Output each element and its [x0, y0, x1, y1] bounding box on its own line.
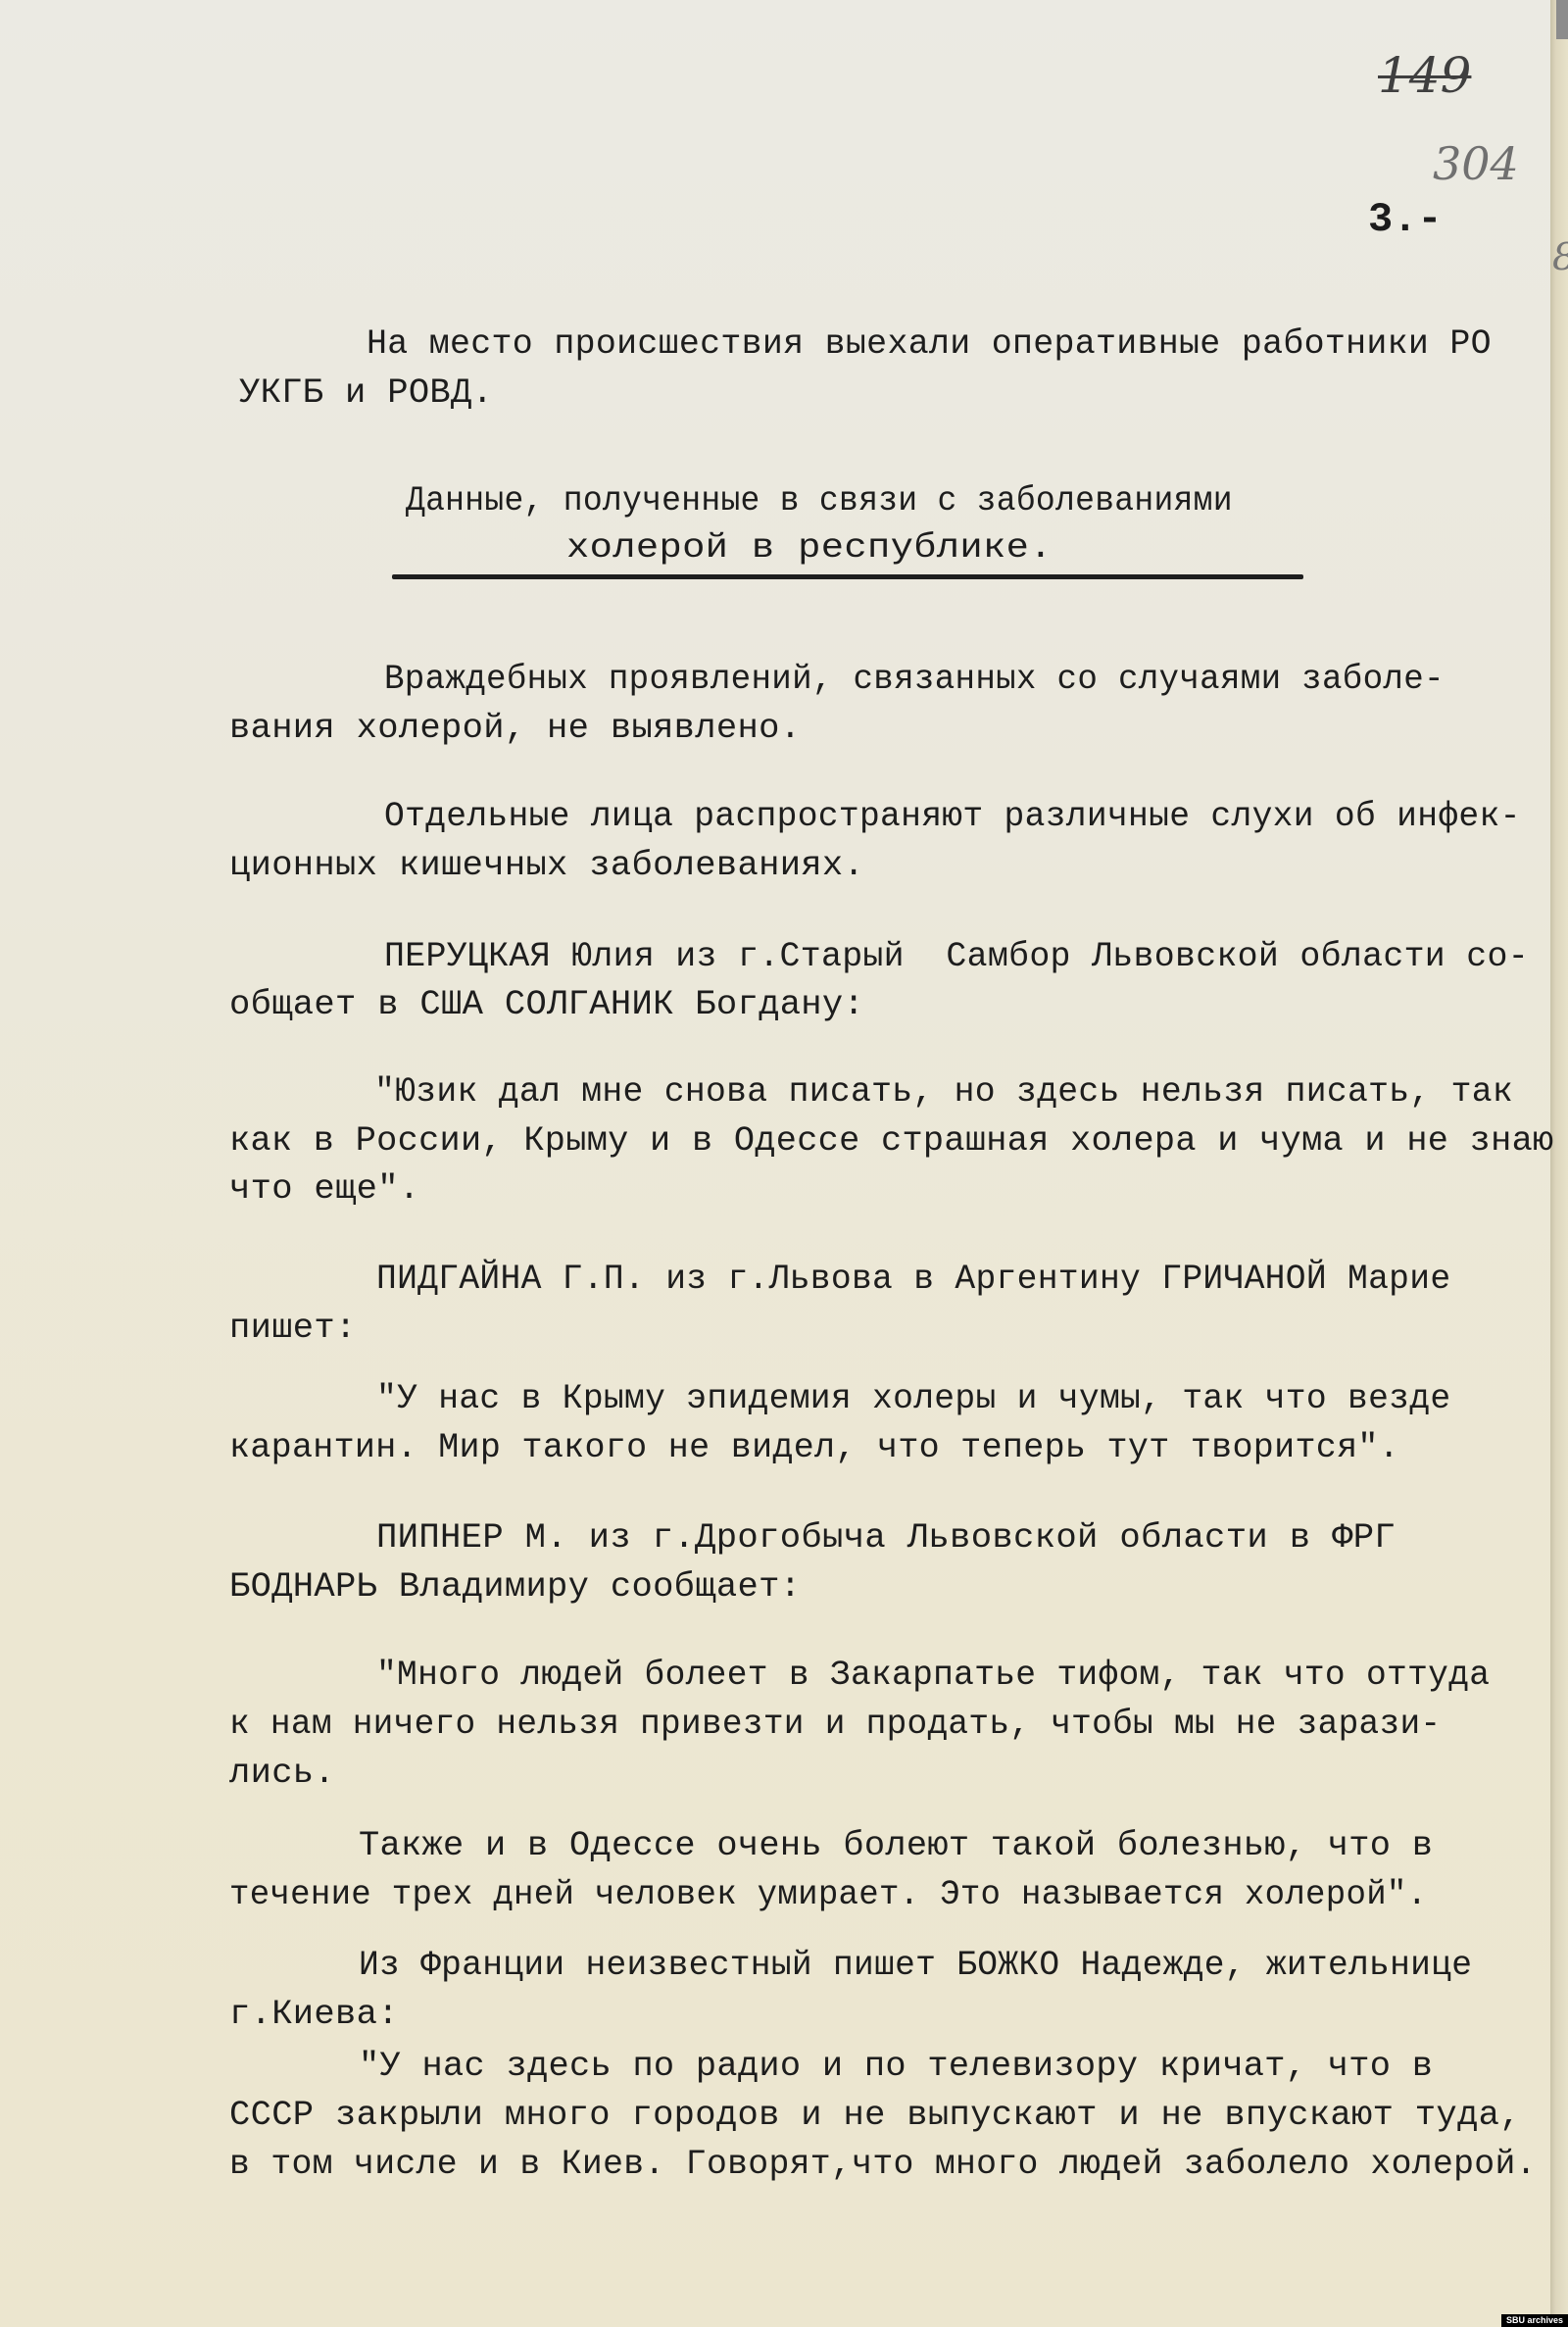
- source-watermark: SBU archives: [1501, 2314, 1568, 2327]
- text-line: ПЕРУЦКАЯ Юлия из г.Старый Самбор Львовск…: [384, 936, 1529, 976]
- page-number: 3.-: [1368, 196, 1443, 243]
- text-line: общает в США СОЛГАНИК Богдану:: [229, 984, 864, 1024]
- handwritten-edge-mark: 8: [1552, 235, 1568, 278]
- quote-line: Также и в Одессе очень болеют такой боле…: [359, 1825, 1433, 1865]
- text-line: На место происшествия выехали оперативны…: [367, 323, 1492, 364]
- quote-line: "Много людей болеет в Закарпатье тифом, …: [376, 1655, 1490, 1695]
- text-line: Из Франции неизвестный пишет БОЖКО Надеж…: [359, 1945, 1472, 1985]
- quote-line: СССР закрыли много городов и не выпускаю…: [229, 2095, 1521, 2135]
- page-edge-shadow: [1556, 0, 1568, 39]
- quote-line: "У нас в Крыму эпидемия холеры и чумы, т…: [376, 1378, 1450, 1418]
- quote-line: течение трех дней человек умирает. Это н…: [229, 1874, 1427, 1914]
- quote-line: "У нас здесь по радио и по телевизору кр…: [359, 2046, 1433, 2086]
- quote-line: карантин. Мир такого не видел, что тепер…: [229, 1427, 1399, 1467]
- handwritten-folio: 304: [1433, 137, 1519, 190]
- quote-line: в том числе и в Киев. Говорят,что много …: [229, 2144, 1537, 2184]
- page-edge: [1550, 0, 1568, 2327]
- text-line: ПИПНЕР М. из г.Дрогобыча Львовской облас…: [376, 1517, 1396, 1558]
- text-line: пишет:: [229, 1308, 357, 1348]
- quote-line: лись.: [229, 1753, 335, 1793]
- text-line: г.Киева:: [229, 1994, 399, 2034]
- section-heading-line: Данные, полученные в связи с заболевания…: [406, 480, 1233, 520]
- text-line: ционных кишечных заболеваниях.: [229, 845, 864, 885]
- text-line: Враждебных проявлений, связанных со случ…: [384, 659, 1445, 699]
- text-line: Отдельные лица распространяют различные …: [384, 796, 1521, 836]
- text-line: УКГБ и РОВД.: [239, 372, 493, 413]
- quote-line: как в России, Крыму и в Одессе страшная …: [229, 1120, 1554, 1161]
- quote-line: что еще".: [229, 1168, 419, 1209]
- handwritten-folio-crossed: 149: [1378, 47, 1471, 104]
- section-heading-line: холерой в республике.: [566, 527, 1053, 568]
- quote-line: к нам ничего нельзя привезти и продать, …: [229, 1704, 1441, 1744]
- text-line: БОДНАРЬ Владимиру сообщает:: [229, 1566, 801, 1607]
- quote-line: "Юзик дал мне снова писать, но здесь нел…: [374, 1071, 1513, 1112]
- heading-underline: [392, 574, 1303, 579]
- text-line: вания холерой, не выявлено.: [229, 708, 801, 748]
- text-line: ПИДГАЙНА Г.П. из г.Львова в Аргентину ГР…: [376, 1259, 1450, 1299]
